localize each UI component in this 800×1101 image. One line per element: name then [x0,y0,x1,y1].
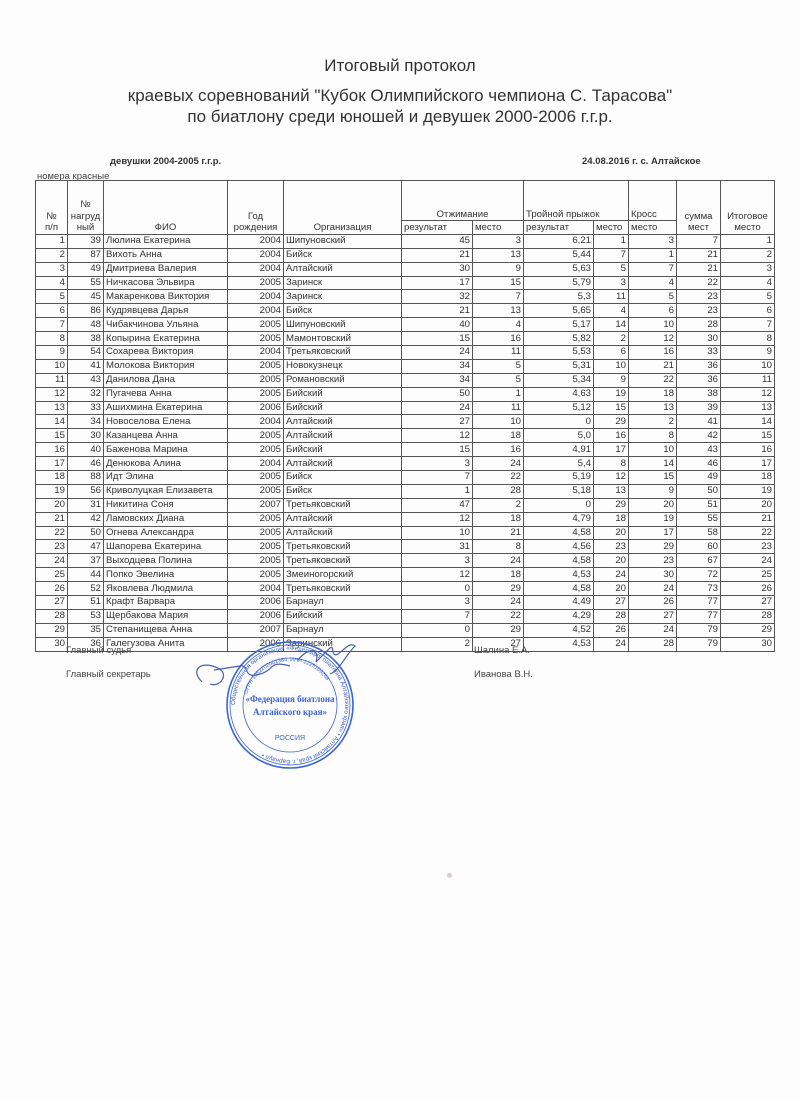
cell-sum: 7 [677,234,721,248]
cell-num: 24 [36,554,68,568]
cell-final-place: 10 [721,359,775,373]
cell-name: Пугачева Анна [104,387,228,401]
cell-cross-place: 19 [629,512,677,526]
col-header-bib: №нагрудный [68,181,104,235]
cell-pushups-result: 32 [402,290,473,304]
table-row: 2652Яковлева Людмила2004Третьяковский029… [36,582,775,596]
cell-jump-place: 20 [594,526,629,540]
cell-sum: 51 [677,498,721,512]
cell-bib: 54 [68,346,104,360]
cell-org: Мамонтовский [284,332,402,346]
cell-org: Шипуновский [284,234,402,248]
cell-cross-place: 16 [629,346,677,360]
cell-jump-place: 10 [594,359,629,373]
table-row: 139Люлина Екатерина2004Шипуновский4536,2… [36,234,775,248]
cell-sum: 21 [677,262,721,276]
cell-jump-result: 0 [524,498,594,512]
cell-final-place: 22 [721,526,775,540]
col-header-cross: Кросс [629,181,677,221]
cell-num: 7 [36,318,68,332]
cell-name: Макаренкова Виктория [104,290,228,304]
cell-jump-result: 5,82 [524,332,594,346]
cell-sum: 77 [677,609,721,623]
table-row: 2935Степанищева Анна2007Барнаул0294,5226… [36,623,775,637]
cell-pushups-result: 24 [402,401,473,415]
cell-jump-result: 5,18 [524,484,594,498]
cell-bib: 53 [68,609,104,623]
cell-org: Алтайский [284,457,402,471]
cell-pushups-result: 31 [402,540,473,554]
cell-year: 2006 [228,401,284,415]
cell-final-place: 2 [721,248,775,262]
cell-jump-place: 17 [594,443,629,457]
cell-num: 21 [36,512,68,526]
cell-sum: 79 [677,637,721,651]
cell-pushups-place: 24 [473,596,524,610]
cell-final-place: 5 [721,290,775,304]
cell-sum: 36 [677,359,721,373]
cell-jump-place: 16 [594,429,629,443]
cell-year: 2004 [228,582,284,596]
cell-cross-place: 21 [629,359,677,373]
table-row: 2031Никитина Соня2007Третьяковский472029… [36,498,775,512]
cell-year: 2007 [228,498,284,512]
cell-jump-place: 20 [594,554,629,568]
cell-org: Заринск [284,290,402,304]
cell-final-place: 9 [721,346,775,360]
cell-year: 2005 [228,359,284,373]
cell-sum: 23 [677,290,721,304]
cell-pushups-result: 3 [402,457,473,471]
cell-pushups-place: 18 [473,512,524,526]
cell-sum: 77 [677,596,721,610]
table-row: 2250Огнева Александра2005Алтайский10214,… [36,526,775,540]
cell-pushups-result: 24 [402,346,473,360]
document-subtitle-line2: по биатлону среди юношей и девушек 2000-… [0,107,800,127]
cell-year: 2005 [228,429,284,443]
cell-pushups-result: 27 [402,415,473,429]
cell-pushups-result: 21 [402,248,473,262]
cell-num: 28 [36,609,68,623]
cell-org: Бийск [284,484,402,498]
cell-name: Сохарева Виктория [104,346,228,360]
cell-pushups-place: 18 [473,568,524,582]
cell-num: 25 [36,568,68,582]
cell-num: 2 [36,248,68,262]
cell-num: 16 [36,443,68,457]
chief-judge-name: Шалина Е.А. [474,645,530,656]
table-row: 1888Идт Элина2005Бийск7225,1912154918 [36,471,775,485]
cell-name: Молокова Виктория [104,359,228,373]
cell-pushups-place: 16 [473,332,524,346]
cell-year: 2005 [228,318,284,332]
col-header-cross-place: место [629,221,677,235]
cell-jump-place: 27 [594,596,629,610]
cell-year: 2005 [228,526,284,540]
cell-final-place: 3 [721,262,775,276]
cell-jump-result: 4,52 [524,623,594,637]
cell-final-place: 6 [721,304,775,318]
cell-num: 9 [36,346,68,360]
document-subtitle-line1: краевых соревнований "Кубок Олимпийского… [0,86,800,106]
cell-jump-result: 4,53 [524,637,594,651]
cell-pushups-result: 50 [402,387,473,401]
cell-jump-result: 4,58 [524,554,594,568]
cell-name: Люлина Екатерина [104,234,228,248]
cell-jump-result: 4,49 [524,596,594,610]
svg-text:«Федерация биатлона: «Федерация биатлона [245,694,335,704]
cell-cross-place: 24 [629,623,677,637]
col-header-pushups: Отжимание [402,181,524,221]
cell-final-place: 12 [721,387,775,401]
cell-pushups-result: 12 [402,568,473,582]
cell-name: Никитина Соня [104,498,228,512]
results-body: 139Люлина Екатерина2004Шипуновский4536,2… [36,234,775,651]
cell-org: Бийский [284,387,402,401]
cell-bib: 56 [68,484,104,498]
cell-year: 2004 [228,248,284,262]
cell-final-place: 8 [721,332,775,346]
cell-num: 29 [36,623,68,637]
cell-cross-place: 9 [629,484,677,498]
table-row: 2751Крафт Варвара2006Барнаул3244,4927267… [36,596,775,610]
cell-num: 6 [36,304,68,318]
cell-bib: 37 [68,554,104,568]
cell-jump-place: 2 [594,332,629,346]
cell-sum: 55 [677,512,721,526]
cell-jump-result: 5,0 [524,429,594,443]
col-header-org: Организация [284,181,402,235]
cell-num: 5 [36,290,68,304]
cell-name: Ашихмина Екатерина [104,401,228,415]
cell-final-place: 30 [721,637,775,651]
cell-org: Бийск [284,304,402,318]
cell-pushups-result: 15 [402,443,473,457]
cell-pushups-place: 5 [473,373,524,387]
svg-text:Алтайского края»: Алтайского края» [253,707,327,717]
cell-org: Бийск [284,471,402,485]
chief-secretary-label: Главный секретарь [66,669,151,680]
cell-jump-result: 4,79 [524,512,594,526]
cell-sum: 79 [677,623,721,637]
cell-bib: 34 [68,415,104,429]
cell-name: Яковлева Людмила [104,582,228,596]
cell-year: 2005 [228,332,284,346]
cell-pushups-place: 11 [473,401,524,415]
cell-pushups-result: 15 [402,332,473,346]
cell-cross-place: 26 [629,596,677,610]
cell-year: 2005 [228,568,284,582]
cell-org: Бийский [284,609,402,623]
cell-jump-place: 24 [594,568,629,582]
cell-pushups-place: 28 [473,484,524,498]
cell-final-place: 15 [721,429,775,443]
cell-year: 2006 [228,609,284,623]
table-row: 2347Шапорева Екатерина2005Третьяковский3… [36,540,775,554]
cell-cross-place: 2 [629,415,677,429]
cell-pushups-place: 4 [473,318,524,332]
cell-sum: 30 [677,332,721,346]
cell-jump-result: 5,53 [524,346,594,360]
cell-name: Выходцева Полина [104,554,228,568]
cell-num: 27 [36,596,68,610]
cell-cross-place: 29 [629,540,677,554]
date-place: 24.08.2016 г. с. Алтайское [582,156,701,167]
cell-num: 15 [36,429,68,443]
organization-stamp: Общественная организация «Федерация биат… [225,640,355,770]
cell-bib: 44 [68,568,104,582]
cell-org: Третьяковский [284,346,402,360]
cell-final-place: 19 [721,484,775,498]
cell-year: 2004 [228,234,284,248]
cell-num: 12 [36,387,68,401]
cell-pushups-place: 9 [473,262,524,276]
cell-bib: 88 [68,471,104,485]
cell-sum: 23 [677,304,721,318]
cell-name: Степанищева Анна [104,623,228,637]
cell-num: 17 [36,457,68,471]
cell-jump-place: 5 [594,262,629,276]
cell-cross-place: 13 [629,401,677,415]
cell-sum: 39 [677,401,721,415]
cell-jump-result: 5,12 [524,401,594,415]
cell-num: 4 [36,276,68,290]
cell-pushups-place: 13 [473,304,524,318]
cell-num: 8 [36,332,68,346]
cell-final-place: 13 [721,401,775,415]
cell-bib: 30 [68,429,104,443]
cell-jump-result: 4,63 [524,387,594,401]
cell-cross-place: 7 [629,262,677,276]
cell-org: Третьяковский [284,582,402,596]
cell-final-place: 7 [721,318,775,332]
cell-pushups-place: 3 [473,234,524,248]
cell-num: 18 [36,471,68,485]
cell-bib: 48 [68,318,104,332]
table-row: 287Вихоть Анна2004Бийск21135,4471212 [36,248,775,262]
col-header-pushups-place: место [473,221,524,235]
cell-bib: 55 [68,276,104,290]
scan-speck [447,873,452,878]
cell-pushups-place: 21 [473,526,524,540]
cell-year: 2005 [228,540,284,554]
cell-jump-place: 18 [594,512,629,526]
cell-pushups-place: 2 [473,498,524,512]
cell-cross-place: 1 [629,248,677,262]
cell-year: 2004 [228,304,284,318]
cell-final-place: 17 [721,457,775,471]
cell-sum: 43 [677,443,721,457]
cell-pushups-place: 7 [473,290,524,304]
cell-year: 2004 [228,346,284,360]
cell-org: Третьяковский [284,540,402,554]
cell-final-place: 1 [721,234,775,248]
table-row: 349Дмитриева Валерия2004Алтайский3095,63… [36,262,775,276]
cell-jump-result: 5,63 [524,262,594,276]
cell-org: Барнаул [284,596,402,610]
cell-year: 2004 [228,290,284,304]
cell-bib: 51 [68,596,104,610]
table-row: 2142Ламовских Диана2005Алтайский12184,79… [36,512,775,526]
cell-pushups-place: 16 [473,443,524,457]
cell-sum: 21 [677,248,721,262]
cell-bib: 50 [68,526,104,540]
cell-pushups-result: 1 [402,484,473,498]
cell-pushups-place: 11 [473,346,524,360]
cell-cross-place: 15 [629,471,677,485]
cell-pushups-place: 29 [473,582,524,596]
cell-bib: 46 [68,457,104,471]
col-header-year: Годрождения [228,181,284,235]
cell-org: Бийский [284,401,402,415]
cell-pushups-result: 7 [402,609,473,623]
cell-sum: 28 [677,318,721,332]
table-row: 1746Денюкова Алина2004Алтайский3245,4814… [36,457,775,471]
cell-name: Новоселова Елена [104,415,228,429]
cell-jump-result: 5,65 [524,304,594,318]
cell-pushups-result: 7 [402,471,473,485]
table-row: 1640Баженова Марина2005Бийский15164,9117… [36,443,775,457]
cell-jump-result: 5,44 [524,248,594,262]
cell-sum: 36 [677,373,721,387]
table-row: 455Ничкасова Эльвира2005Заринск17155,793… [36,276,775,290]
cell-bib: 45 [68,290,104,304]
cell-cross-place: 12 [629,332,677,346]
cell-jump-result: 5,79 [524,276,594,290]
table-row: 2437Выходцева Полина2005Третьяковский324… [36,554,775,568]
cell-sum: 41 [677,415,721,429]
cell-bib: 41 [68,359,104,373]
cell-pushups-place: 24 [473,554,524,568]
cell-cross-place: 23 [629,554,677,568]
table-row: 1333Ашихмина Екатерина2006Бийский24115,1… [36,401,775,415]
chief-judge-label: Главный судья [66,645,131,656]
cell-pushups-place: 8 [473,540,524,554]
cell-final-place: 4 [721,276,775,290]
cell-cross-place: 6 [629,304,677,318]
cell-org: Алтайский [284,512,402,526]
table-row: 545Макаренкова Виктория2004Заринск3275,3… [36,290,775,304]
cell-jump-result: 6,21 [524,234,594,248]
cell-org: Заринск [284,276,402,290]
cell-year: 2004 [228,415,284,429]
cell-org: Змеиногорский [284,568,402,582]
cell-jump-result: 4,58 [524,526,594,540]
cell-pushups-result: 12 [402,429,473,443]
cell-pushups-result: 30 [402,262,473,276]
cell-jump-result: 5,3 [524,290,594,304]
cell-jump-place: 12 [594,471,629,485]
cell-num: 20 [36,498,68,512]
cell-num: 1 [36,234,68,248]
cell-name: Идт Элина [104,471,228,485]
col-header-num: №п/п [36,181,68,235]
cell-org: Алтайский [284,526,402,540]
cell-cross-place: 28 [629,637,677,651]
cell-cross-place: 5 [629,290,677,304]
cell-bib: 33 [68,401,104,415]
cell-sum: 67 [677,554,721,568]
cell-year: 2005 [228,471,284,485]
col-header-pushups-result: результат [402,221,473,235]
cell-sum: 42 [677,429,721,443]
cell-org: Алтайский [284,262,402,276]
cell-jump-place: 13 [594,484,629,498]
cell-jump-place: 23 [594,540,629,554]
cell-name: Криволуцкая Елизавета [104,484,228,498]
cell-pushups-place: 15 [473,276,524,290]
chief-secretary-name: Иванова В.Н. [474,669,533,680]
cell-final-place: 21 [721,512,775,526]
cell-pushups-place: 5 [473,359,524,373]
cell-sum: 60 [677,540,721,554]
cell-pushups-result: 17 [402,276,473,290]
cell-year: 2006 [228,596,284,610]
cell-pushups-result: 34 [402,373,473,387]
cell-num: 23 [36,540,68,554]
cell-pushups-place: 18 [473,429,524,443]
cell-num: 26 [36,582,68,596]
cell-jump-result: 5,4 [524,457,594,471]
col-header-sum: суммамест [677,181,721,235]
cell-pushups-place: 22 [473,609,524,623]
cell-sum: 73 [677,582,721,596]
cell-jump-place: 29 [594,498,629,512]
cell-name: Ламовских Диана [104,512,228,526]
cell-bib: 47 [68,540,104,554]
table-row: 1434Новоселова Елена2004Алтайский2710029… [36,415,775,429]
cell-cross-place: 14 [629,457,677,471]
cell-jump-place: 28 [594,609,629,623]
cell-name: Чибакчинова Ульяна [104,318,228,332]
cell-final-place: 28 [721,609,775,623]
cell-final-place: 16 [721,443,775,457]
cell-jump-place: 7 [594,248,629,262]
cell-bib: 42 [68,512,104,526]
cell-jump-place: 11 [594,290,629,304]
cell-bib: 49 [68,262,104,276]
cell-year: 2005 [228,554,284,568]
cell-year: 2005 [228,276,284,290]
col-header-name: ФИО [104,181,228,235]
cell-org: Шипуновский [284,318,402,332]
cell-org: Третьяковский [284,498,402,512]
table-row: 748Чибакчинова Ульяна2005Шипуновский4045… [36,318,775,332]
cell-name: Вихоть Анна [104,248,228,262]
cell-jump-result: 5,31 [524,359,594,373]
cell-name: Дмитриева Валерия [104,262,228,276]
cell-org: Алтайский [284,415,402,429]
cell-sum: 72 [677,568,721,582]
cell-final-place: 14 [721,415,775,429]
cell-jump-result: 4,56 [524,540,594,554]
cell-year: 2005 [228,373,284,387]
cell-pushups-result: 0 [402,623,473,637]
cell-jump-result: 5,17 [524,318,594,332]
cell-sum: 58 [677,526,721,540]
cell-bib: 35 [68,623,104,637]
cell-year: 2005 [228,484,284,498]
table-row: 1143Данилова Дана2005Романовский3455,349… [36,373,775,387]
table-row: 838Копырина Екатерина2005Мамонтовский151… [36,332,775,346]
cell-pushups-result: 47 [402,498,473,512]
cell-pushups-result: 10 [402,526,473,540]
cell-jump-result: 4,53 [524,568,594,582]
cell-num: 30 [36,637,68,651]
cell-jump-result: 4,58 [524,582,594,596]
cell-pushups-result: 40 [402,318,473,332]
cell-pushups-place: 1 [473,387,524,401]
